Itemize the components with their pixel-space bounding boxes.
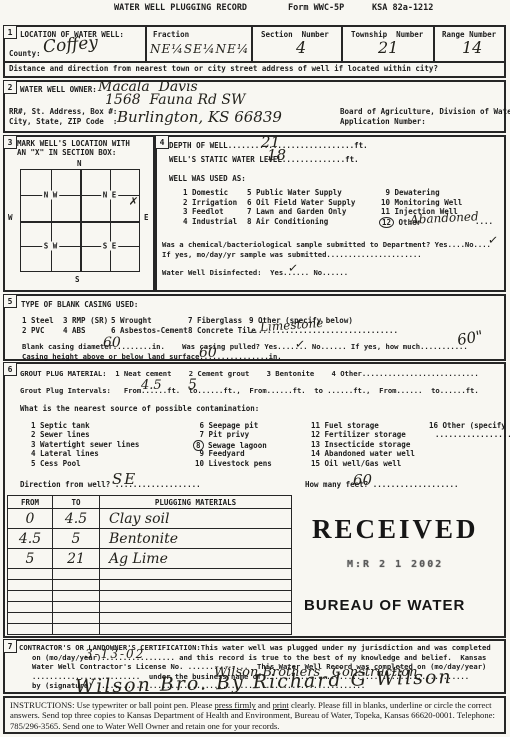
grout-material-line: GROUT PLUG MATERIAL: 1 Neat cement 2 Cem… — [20, 369, 479, 378]
casing-item-rmp: 3 RMP (SR) — [63, 316, 108, 325]
compass-west-label: W — [8, 213, 13, 222]
use-item-public-water: 5 Public Water Supply — [247, 188, 342, 197]
table-row-empty — [8, 569, 292, 580]
sample-no-checkmark-handwritten: ✓ — [487, 233, 498, 248]
section5-casing-box: 5 TYPE OF BLANK CASING USED: 1 Steel 3 R… — [3, 294, 506, 361]
casing-diameter-line: Blank casing diameter.........in. Was ca… — [22, 342, 468, 351]
well-used-as-label: WELL WAS USED AS: — [169, 174, 246, 183]
received-stamp-date: M:R 2 1 2002 — [347, 559, 443, 570]
direction-value-handwritten: SE — [112, 470, 137, 488]
section6-badge: 6 — [3, 362, 17, 376]
use-item-feedlot: 3 Feedlot — [183, 207, 224, 216]
township-number-value-handwritten: 21 — [378, 38, 398, 57]
casing-height-line: Casing height above or below land surfac… — [22, 352, 282, 361]
to-value-handwritten: 5 — [53, 529, 100, 549]
section4-badge: 4 — [155, 135, 169, 149]
form-title: WATER WELL PLUGGING RECORD — [114, 4, 247, 13]
use-item-domestic: 1 Domestic — [183, 188, 228, 197]
col-from-header: FROM — [8, 496, 53, 509]
how-many-feet-line: How many feet? ................... — [305, 480, 459, 489]
grid-line — [21, 195, 139, 196]
section-number-value-handwritten: 4 — [296, 38, 306, 57]
contam-seepage-pit: 6 Seepage pit — [195, 421, 258, 430]
sample-submitted-line: Was a chemical/bacteriological sample su… — [162, 240, 491, 249]
contam-insecticide-storage: 13 Insecticide storage — [311, 440, 410, 449]
plugging-materials-table: FROM TO PLUGGING MATERIALS 0 4.5 Clay so… — [7, 495, 292, 635]
contam-feedyard: 9 Feedyard — [195, 449, 245, 458]
disinfected-line: Water Well Disinfected: Yes...... No....… — [162, 268, 348, 277]
use-item-oil-field: 6 Oil Field Water Supply — [247, 198, 355, 207]
section1-location-box: 1 LOCATION OF WATER WELL: County: Coffey… — [3, 25, 506, 78]
section2-badge: 2 — [3, 80, 17, 94]
section3-badge: 3 — [3, 135, 17, 149]
table-row-empty — [8, 602, 292, 613]
address-label: RR#, St. Address, Box #: — [9, 107, 117, 116]
use-item-industrial: 4 Industrial — [183, 217, 237, 226]
casing-height-value-handwritten: 60 — [199, 345, 217, 361]
contam-cess-pool: 5 Cess Pool — [31, 459, 81, 468]
range-number-value-handwritten: 14 — [462, 38, 482, 57]
section-number-label: Section Number — [261, 30, 329, 39]
mark-instruction-line1: MARK WELL'S LOCATION WITH — [17, 139, 130, 148]
use-other-value-handwritten: Abandoned — [410, 209, 479, 227]
from-value-handwritten: 5 — [8, 549, 53, 569]
material-value-handwritten: Ag Lime — [100, 549, 292, 569]
table-row: 0 4.5 Clay soil — [8, 509, 292, 529]
interval-from-value-handwritten: 4.5 — [141, 378, 162, 393]
compass-south-label: S — [75, 275, 80, 284]
quarter-label-se: S E — [101, 241, 119, 250]
table-header-row: FROM TO PLUGGING MATERIALS — [8, 496, 292, 509]
to-value-handwritten: 21 — [53, 549, 100, 569]
casing-item-abs: 4 ABS — [63, 326, 86, 335]
quarter-label-sw: S W — [42, 241, 60, 250]
use-item-irrigation: 2 Irrigation — [183, 198, 237, 207]
city-label: City, State, ZIP Code : — [9, 117, 117, 126]
contam-sewer-lines: 2 Sewer lines — [31, 430, 90, 439]
contam-livestock-pens: 10 Livestock pens — [195, 459, 272, 468]
fraction-label: Fraction — [153, 30, 189, 39]
bureau-of-water-stamp: BUREAU OF WATER — [304, 597, 465, 614]
use-item-dewatering: 9 Dewatering — [381, 188, 440, 197]
section2-owner-box: 2 WATER WELL OWNER: Macala Davis 1568 Fa… — [3, 80, 506, 133]
disinfected-yes-checkmark-handwritten: ✓ — [287, 261, 298, 276]
completed-date-handwritten: 3-13-02 — [85, 647, 145, 661]
received-stamp: RECEIVED — [312, 514, 479, 545]
table-row-empty — [8, 591, 292, 602]
casing-item-wrought: 5 Wrought — [111, 316, 152, 325]
table-row-empty — [8, 613, 292, 624]
section3-location-mark-box: 3 MARK WELL'S LOCATION WITH AN "X" IN SE… — [3, 135, 155, 292]
fraction-value-handwritten: NE¼SE¼NE¼ — [150, 42, 249, 56]
well-location-x-mark-handwritten: ✗ — [128, 195, 139, 209]
instructions-box: INSTRUCTIONS: Use typewriter or ball poi… — [3, 696, 506, 734]
contam-fuel-storage: 11 Fuel storage — [311, 421, 379, 430]
contam-fertilizer-storage: 12 Fertilizer storage — [311, 430, 406, 439]
col-materials-header: PLUGGING MATERIALS — [100, 496, 292, 509]
county-label: County: — [9, 49, 41, 58]
contam-other-dots: ........................ — [435, 430, 510, 439]
casing-title: TYPE OF BLANK CASING USED: — [21, 300, 138, 309]
owner-label: WATER WELL OWNER: — [20, 85, 97, 94]
how-much-value-handwritten: 60" — [456, 327, 485, 349]
grout-intervals-line: Grout Plug Intervals: From......ft. to..… — [20, 386, 479, 395]
circled-12: 12 — [379, 217, 394, 228]
contam-pit-privy: 7 Pit privy — [195, 430, 249, 439]
grid-line — [21, 246, 139, 247]
casing-item-asbestos: 6 Asbestos-Cement — [111, 326, 188, 335]
section7-badge: 7 — [3, 639, 17, 653]
use-item-monitoring: 10 Monitoring Well — [381, 198, 462, 207]
mark-instruction-line2: AN "X" IN SECTION BOX: — [17, 148, 116, 157]
use-item-lawn-garden: 7 Lawn and Garden Only — [247, 207, 346, 216]
quarter-label-nw: N W — [42, 191, 60, 200]
if-yes-sample-line: If yes, mo/day/yr sample was submitted..… — [162, 250, 422, 259]
statute-number: KSA 82a-1212 — [372, 4, 433, 13]
table-row: 4.5 5 Bentonite — [8, 529, 292, 549]
contamination-question: What is the nearest source of possible c… — [20, 404, 259, 413]
section-grid: N W N E S W S E — [20, 169, 140, 272]
contam-abandoned-well: 14 Abandoned water well — [311, 449, 415, 458]
divider — [251, 27, 253, 61]
casing-item-fiberglass: 7 Fiberglass — [188, 316, 242, 325]
contam-lateral-lines: 4 Lateral lines — [31, 449, 99, 458]
casing-item-concrete: 8 Concrete Tile — [188, 326, 256, 335]
feet-value-handwritten: 60 — [353, 471, 372, 489]
county-value-handwritten: Coffey — [42, 33, 98, 58]
to-value-handwritten: 4.5 — [53, 509, 100, 529]
interval-to-value-handwritten: 5 — [188, 377, 197, 393]
table-row-empty — [8, 580, 292, 591]
material-value-handwritten: Clay soil — [100, 509, 292, 529]
direction-from-well-line: Direction from well? ................... — [20, 480, 201, 489]
contam-other: 16 Other (specify below) — [429, 421, 510, 430]
divider — [5, 61, 504, 63]
compass-north-label: N — [77, 159, 82, 168]
material-value-handwritten: Bentonite — [100, 529, 292, 549]
from-value-handwritten: 4.5 — [8, 529, 53, 549]
section1-badge: 1 — [3, 25, 17, 39]
section5-badge: 5 — [3, 294, 17, 308]
grid-line — [21, 221, 139, 223]
section7-certification-box: 7 CONTRACTOR'S OR LANDOWNER'S CERTIFICAT… — [3, 639, 506, 694]
compass-east-label: E — [144, 213, 149, 222]
static-water-level-line: WELL'S STATIC WATER LEVEL..............f… — [169, 155, 359, 164]
section4-depth-use-box: 4 DEPTH OF WELL.........................… — [155, 135, 506, 292]
instructions-text: INSTRUCTIONS: Use typewriter or ball poi… — [10, 700, 495, 731]
casing-item-pvc: 2 PVC — [22, 326, 45, 335]
quarter-label-ne: N E — [101, 191, 119, 200]
table-row: 5 21 Ag Lime — [8, 549, 292, 569]
col-to-header: TO — [53, 496, 100, 509]
table-row-empty — [8, 624, 292, 635]
board-label: Board of Agriculture, Division of Water … — [340, 107, 510, 116]
application-number-label: Application Number: — [340, 117, 426, 126]
contam-oil-gas-well: 15 Oil well/Gas well — [311, 459, 401, 468]
from-value-handwritten: 0 — [8, 509, 53, 529]
diameter-value-handwritten: 60 — [103, 335, 121, 351]
use-item-air-conditioning: 8 Air Conditioning — [247, 217, 328, 226]
divider — [145, 27, 147, 61]
casing-item-steel: 1 Steel — [22, 316, 54, 325]
static-level-value-handwritten: 18 — [267, 146, 286, 164]
casing-pulled-yes-checkmark-handwritten: ✓ — [294, 337, 305, 352]
city-value-handwritten: Burlington, KS 66839 — [117, 108, 282, 126]
section6-grout-box: 6 GROUT PLUG MATERIAL: 1 Neat cement 2 C… — [3, 362, 506, 638]
address-value-handwritten: 1568 Fauna Rd SW — [105, 92, 245, 108]
divider — [433, 27, 435, 61]
contam-watertight-sewer: 3 Watertight sewer lines — [31, 440, 139, 449]
form-number: Form WWC-5P — [288, 4, 344, 13]
divider — [341, 27, 343, 61]
distance-question: Distance and direction from nearest town… — [9, 64, 438, 73]
contam-septic-tank: 1 Septic tank — [31, 421, 90, 430]
water-well-plugging-record-scan: WATER WELL PLUGGING RECORD Form WWC-5P K… — [0, 0, 510, 737]
